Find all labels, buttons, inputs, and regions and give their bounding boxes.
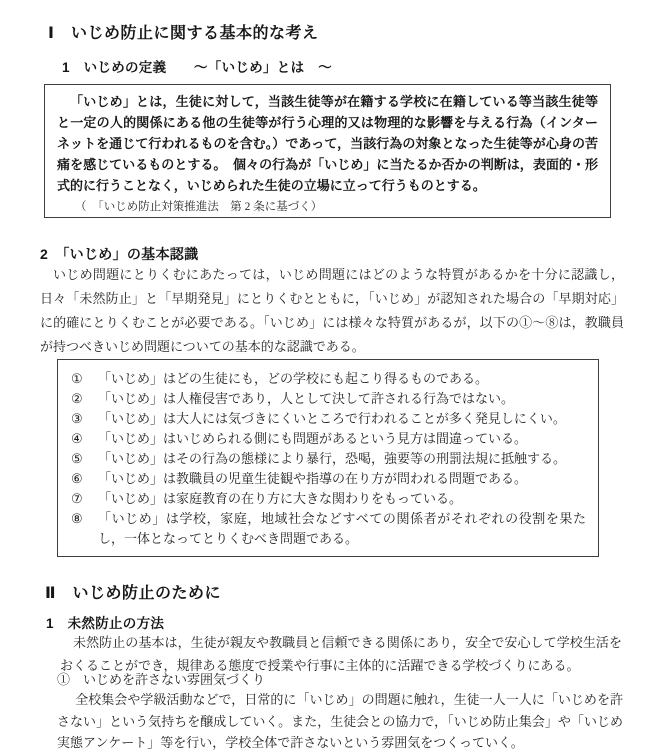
recognition-item: ⑦ 「いじめ」は家庭教育の在り方に大きな関わりをもっている。 [71,489,586,509]
item-text: 「いじめ」はその行為の態様により暴行，恐喝，強要等の刑罰法規に抵触する。 [98,449,586,469]
item-number: ③ [71,409,98,429]
recognition-item: ⑧ 「いじめ」は学校，家庭，地域社会などすべての関係者がそれぞれの役割を果たし，… [71,509,586,549]
recognition-item: ⑤ 「いじめ」はその行為の態様により暴行，恐喝，強要等の刑罰法規に抵触する。 [71,449,586,469]
item-number: ① [71,369,98,389]
definition-text: 「いじめ」とは，生徒に対して，当該生徒等が在籍する学校に在籍している等当該生徒等… [57,91,598,196]
item-number: ⑦ [71,489,98,509]
item-text: 「いじめ」は人権侵害であり，人として決して許される行為ではない。 [98,389,586,409]
recognition-item: ④ 「いじめ」はいじめられる側にも問題があるという見方は間違っている。 [71,429,586,449]
recognition-intro: いじめ問題にとりくむにあたっては，いじめ問題にはどのような特質があるかを十分に認… [40,263,624,359]
recognition-item: ② 「いじめ」は人権侵害であり，人として決して許される行為ではない。 [71,389,586,409]
item-text: 「いじめ」はどの生徒にも，どの学校にも起こり得るものである。 [98,369,586,389]
definition-heading: 1 いじめの定義 ～「いじめ」とは ～ [62,56,332,76]
item-text: 「いじめ」は教職員の児童生徒観や指導の在り方が問われる問題である。 [98,469,586,489]
definition-citation: （ 「いじめ防止対策推進法 第 2 条に基づく） [75,199,598,216]
section2-heading: Ⅱ いじめ防止のために [45,580,221,603]
item-text: 「いじめ」は学校，家庭，地域社会などすべての関係者がそれぞれの役割を果たし，一体… [98,509,586,549]
item-number: ⑥ [71,469,98,489]
section1-heading: Ⅰ いじめ防止に関する基本的な考え [48,20,318,43]
item-number: ⑤ [71,449,98,469]
recognition-heading: 2 「いじめ」の基本認識 [40,244,198,264]
document-page: Ⅰ いじめ防止に関する基本的な考え 1 いじめの定義 ～「いじめ」とは ～ 「い… [0,0,658,750]
recognition-item: ⑥ 「いじめ」は教職員の児童生徒観や指導の在り方が問われる問題である。 [71,469,586,489]
recognition-box: ① 「いじめ」はどの生徒にも，どの学校にも起こり得るものである。 ② 「いじめ」… [57,359,599,557]
item-number: ② [71,389,98,409]
prevention-heading: 1 未然防止の方法 [46,612,164,632]
item-text: 「いじめ」は大人には気づきにくいところで行われることが多く発見しにくい。 [98,409,586,429]
atmosphere-paragraph: 全校集会や学級活動などで，日常的に「いじめ」の問題に触れ，生徒一人一人に「いじめ… [57,689,623,750]
item-number: ④ [71,429,98,449]
recognition-item: ③ 「いじめ」は大人には気づきにくいところで行われることが多く発見しにくい。 [71,409,586,429]
item-text: 「いじめ」は家庭教育の在り方に大きな関わりをもっている。 [98,489,586,509]
recognition-item: ① 「いじめ」はどの生徒にも，どの学校にも起こり得るものである。 [71,369,586,389]
atmosphere-item-heading: ① いじめを許さない雰囲気づくり [57,669,265,688]
item-number: ⑧ [71,509,98,549]
item-text: 「いじめ」はいじめられる側にも問題があるという見方は間違っている。 [98,429,586,449]
definition-box: 「いじめ」とは，生徒に対して，当該生徒等が在籍する学校に在籍している等当該生徒等… [44,84,611,218]
